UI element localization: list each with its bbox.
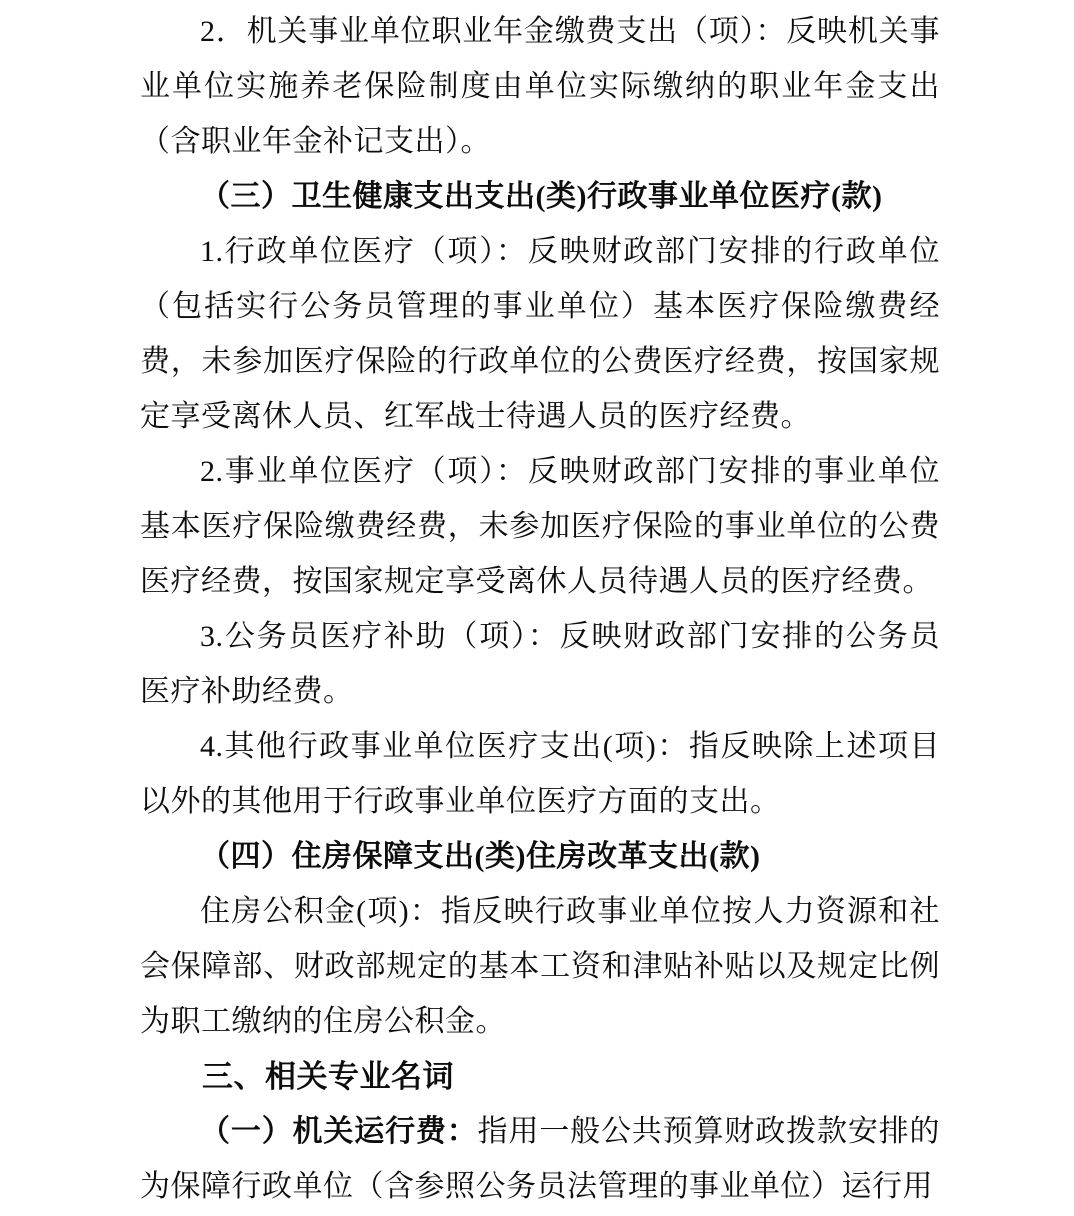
paragraph: 4.其他行政事业单位医疗支出(项)：指反映除上述项目以外的其他用于行政事业单位医… — [140, 719, 940, 829]
document-body: 2．机关事业单位职业年金缴费支出（项）：反映机关事业单位实施养老保险制度由单位实… — [140, 0, 940, 1214]
term-label: （一）机关运行费： — [200, 1115, 478, 1148]
section-heading: 三、相关专业名词 — [140, 1049, 940, 1104]
paragraph: 住房公积金(项)：指反映行政事业单位按人力资源和社会保障部、财政部规定的基本工资… — [140, 884, 940, 1049]
paragraph: 3.公务员医疗补助（项）：反映财政部门安排的公务员医疗补助经费。 — [140, 609, 940, 719]
section-heading: （三）卫生健康支出支出(类)行政事业单位医疗(款) — [140, 169, 940, 224]
paragraph: 2.事业单位医疗（项）：反映财政部门安排的事业单位基本医疗保险缴费经费，未参加医… — [140, 444, 940, 609]
paragraph: 2．机关事业单位职业年金缴费支出（项）：反映机关事业单位实施养老保险制度由单位实… — [140, 4, 940, 169]
paragraph: 1.行政单位医疗（项）：反映财政部门安排的行政单位（包括实行公务员管理的事业单位… — [140, 224, 940, 444]
section-heading: （四）住房保障支出(类)住房改革支出(款) — [140, 829, 940, 884]
paragraph: （一）机关运行费：指用一般公共预算财政拨款安排的为保障行政单位（含参照公务员法管… — [140, 1104, 940, 1214]
document-page: 2．机关事业单位职业年金缴费支出（项）：反映机关事业单位实施养老保险制度由单位实… — [0, 0, 1074, 1216]
